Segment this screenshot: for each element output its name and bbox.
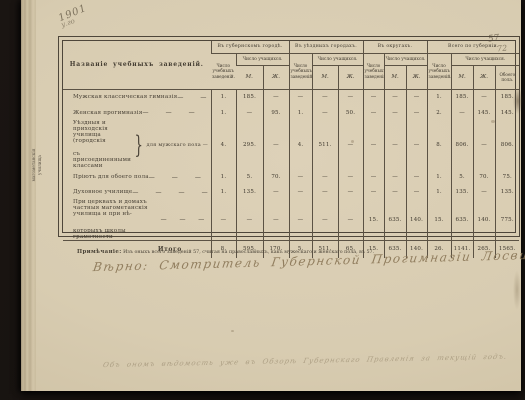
cell-value: 1. [427, 89, 451, 105]
cell-value: — [263, 185, 289, 199]
group-header-okrugs: Въ округахъ. [363, 41, 427, 53]
cell-value: — [406, 105, 427, 120]
cell-value: 4. [289, 120, 312, 169]
cell-value: — [363, 120, 384, 169]
cell-value: — [406, 169, 427, 185]
label-dashes: — — — [161, 216, 205, 223]
handwritten-pencil-note: Объ ономъ вѣдомость уже въ Обзорѣ Губерн… [102, 355, 403, 369]
table-side-vertical-caption: магометанскія училища [31, 148, 44, 182]
cell-value: 75. [495, 169, 519, 185]
subheader-both-sexes: Обоего пола. [495, 65, 519, 89]
subheader-institution-count: Число учебныхъ заведеній. [211, 53, 236, 89]
cell-value: — [451, 105, 473, 120]
cell-value: 135. [495, 185, 519, 199]
subheader-male: М. [451, 65, 473, 89]
cell-value: — [338, 185, 363, 199]
cell-value: 1. [289, 105, 312, 120]
cell-value: 70. [263, 169, 289, 185]
cell-value: — [406, 185, 427, 199]
cell-value: 511. [312, 120, 338, 169]
cell-value: 185. [236, 89, 263, 105]
subheader-female: Ж. [473, 65, 495, 89]
cell-value: — [312, 199, 338, 241]
group-header-row: Названіе учебныхъ заведеній. Въ губернск… [63, 41, 519, 53]
cell-value: — [406, 89, 427, 105]
table-row: Пріютъ для обоего пола— — — —1.5.70.————… [63, 169, 519, 185]
cell-value: — [363, 169, 384, 185]
table-row: Женская прогимназія— — — —1.—95.1.—50.——… [63, 105, 519, 120]
cell-value: 135. [236, 185, 263, 199]
cell-value: — [289, 169, 312, 185]
row-label: Мужская классическая гимназія— — — [63, 89, 211, 105]
table-header: Названіе учебныхъ заведеній. Въ губернск… [63, 41, 519, 89]
cell-value: — [312, 185, 338, 199]
cell-value: 140. [473, 199, 495, 241]
scanned-page: 1901 у.го 57 72 магометанскія училища На… [21, 0, 521, 391]
cell-value: — [473, 185, 495, 199]
subheader-student-count: Число учащихся. [451, 53, 519, 65]
cell-value: — [211, 199, 236, 241]
cell-value: — [384, 89, 406, 105]
cell-value: 135. [451, 185, 473, 199]
statistics-table: Названіе учебныхъ заведеній. Въ губернск… [62, 40, 516, 233]
row-label: Духовное училище— — — — [63, 185, 211, 199]
cell-value: — [363, 105, 384, 120]
row-label: Женская прогимназія— — — — [63, 105, 211, 120]
cell-value: — [384, 120, 406, 169]
subheader-female: Ж. [263, 65, 289, 89]
cell-value: — [312, 105, 338, 120]
subheader-student-count: Число учащихся. [384, 53, 427, 65]
cell-value: — [473, 89, 495, 105]
cell-value: 145. [473, 105, 495, 120]
cell-value: 1. [211, 89, 236, 105]
table-body: Мужская классическая гимназія— — —1.185.… [63, 89, 519, 258]
foxing-speck [231, 330, 234, 332]
table-row: При церквахъ и домахъ частныя магометанс… [63, 199, 519, 241]
cell-value: 1. [211, 185, 236, 199]
row-label: Уѣздныя и приходскія училища (городскіяс… [63, 120, 211, 169]
cell-value: — [338, 199, 363, 241]
cell-value: — [236, 105, 263, 120]
cell-value: 8. [427, 120, 451, 169]
cell-value: — [263, 120, 289, 169]
cell-value: — [338, 169, 363, 185]
cell-value: 5. [236, 169, 263, 185]
subheader-female: Ж. [338, 65, 363, 89]
cell-value: — [384, 169, 406, 185]
cell-value: — [289, 199, 312, 241]
column-header-institution-name: Названіе учебныхъ заведеній. [63, 41, 211, 89]
cell-value: 185. [495, 89, 519, 105]
cell-value: — [363, 185, 384, 199]
label-dashes: — — — [177, 94, 211, 101]
cell-value: — [289, 89, 312, 105]
cell-value: 15. [363, 199, 384, 241]
cell-value: 806. [451, 120, 473, 169]
cell-value: 95. [263, 105, 289, 120]
cell-value: — [338, 89, 363, 105]
table-row: Уѣздныя и приходскія училища (городскіяс… [63, 120, 519, 169]
group-header-district-towns: Въ уѣздныхъ городахъ. [289, 41, 363, 53]
cell-value: 70. [473, 169, 495, 185]
subheader-institution-count: Число учебныхъ заведеній. [289, 53, 312, 89]
table-row: Мужская классическая гимназія— — —1.185.… [63, 89, 519, 105]
subheader-male: М. [236, 65, 263, 89]
cell-value: — [263, 89, 289, 105]
cell-value: 185. [451, 89, 473, 105]
book-page-edges [21, 0, 36, 391]
subheader-student-count: Число учащихся. [312, 53, 363, 65]
cell-value: 5. [451, 169, 473, 185]
group-header-provincial-city: Въ губернскомъ городѣ. [211, 41, 289, 53]
cell-value: 775. [495, 199, 519, 241]
subheader-institution-count: Число учебныхъ заведеній. [363, 53, 384, 89]
subheader-male: М. [312, 65, 338, 89]
cell-value: 2. [427, 105, 451, 120]
cell-value: 4. [211, 120, 236, 169]
cell-value: 15. [427, 199, 451, 241]
cell-value: — [312, 89, 338, 105]
cell-value: 635. [451, 199, 473, 241]
footnote-label: Примѣчаніе: [77, 249, 122, 255]
cell-value: 1. [427, 185, 451, 199]
cell-value: — [263, 199, 289, 241]
cell-value: 806. [495, 120, 519, 169]
label-dashes: — — — — [149, 174, 211, 181]
row-label: При церквахъ и домахъ частныя магометанс… [63, 199, 211, 241]
subheader-female: Ж. [406, 65, 427, 89]
cell-value: 140. [406, 199, 427, 241]
cell-value: 1. [211, 105, 236, 120]
label-dashes: — — — — [143, 109, 211, 116]
cell-value: 635. [384, 199, 406, 241]
label-dashes: — — — — [132, 189, 207, 196]
subheader-institution-count: Число учебныхъ заведеній. [427, 53, 451, 89]
cell-value: 50. [338, 105, 363, 120]
cell-value: 145. [495, 105, 519, 120]
cell-value: 1. [211, 169, 236, 185]
cell-value: — [384, 105, 406, 120]
brace-label: для мужскаго пола — [147, 142, 208, 148]
cell-value: — [406, 120, 427, 169]
statistics-table-outer-border: Названіе учебныхъ заведеній. Въ губернск… [58, 36, 520, 237]
group-header-province-total: Всего по губерніи. [427, 41, 519, 53]
cell-value: — [338, 120, 363, 169]
cell-value: — [289, 185, 312, 199]
row-label: Пріютъ для обоего пола— — — — [63, 169, 211, 185]
cell-value: 295. [236, 120, 263, 169]
cell-value: — [384, 185, 406, 199]
cell-value: 1. [427, 169, 451, 185]
subheader-male: М. [384, 65, 406, 89]
cell-value: — [312, 169, 338, 185]
subheader-student-count: Число учащихся. [236, 53, 289, 65]
cell-value: — [363, 89, 384, 105]
table-row: Духовное училище— — — —1.135.———————1.13… [63, 185, 519, 199]
cell-value: — [473, 120, 495, 169]
cell-value: — [236, 199, 263, 241]
page-stain [513, 270, 521, 310]
